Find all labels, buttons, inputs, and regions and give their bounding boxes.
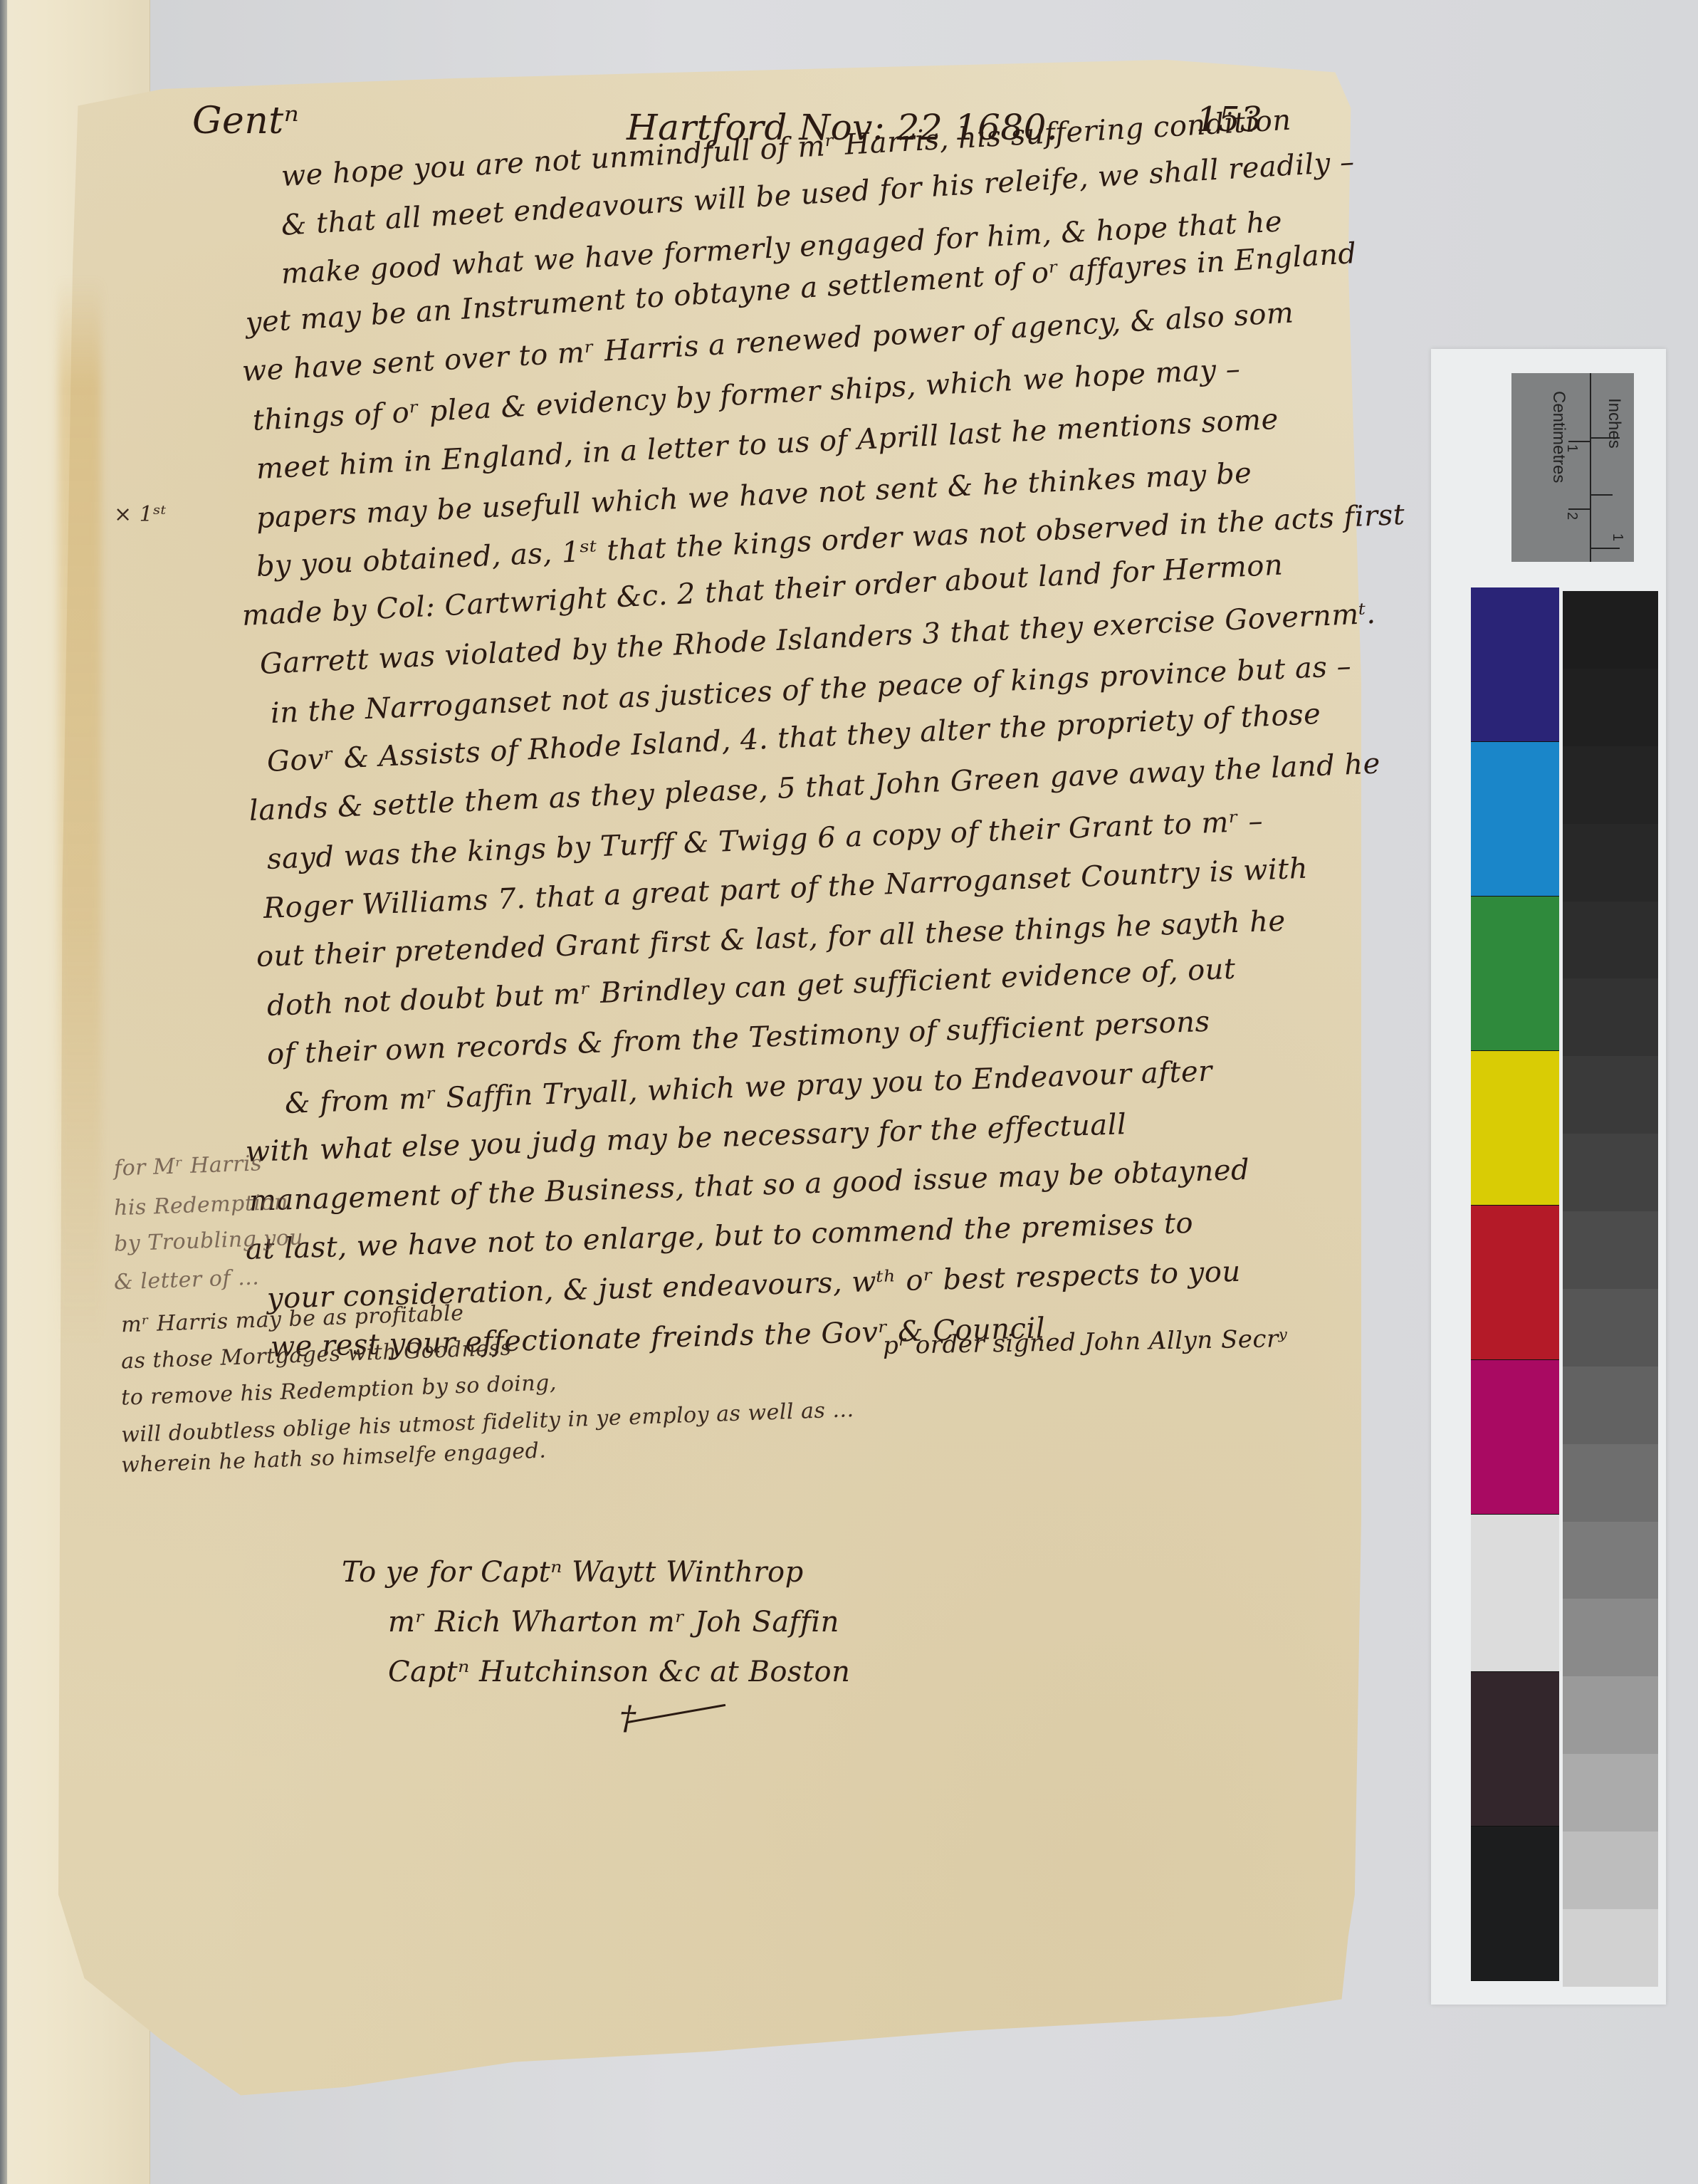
salutation: Gentⁿ: [192, 100, 299, 142]
swatch-blue: [1471, 587, 1559, 742]
greyscale-step: [1563, 1056, 1658, 1134]
cm-label-2: 2: [1563, 512, 1580, 520]
swatch-black: [1471, 1827, 1559, 1981]
greyscale-step: [1563, 1909, 1658, 1987]
greyscale-step: [1563, 902, 1658, 979]
greyscale-step: [1563, 591, 1658, 669]
swatch-red: [1471, 1206, 1559, 1360]
greyscale-step: [1563, 1599, 1658, 1676]
margin-note-marker: × 1ˢᵗ: [114, 502, 167, 527]
address-line-3: Captⁿ Hutchinson &c at Boston: [388, 1656, 850, 1688]
inches-label: Inches: [1604, 398, 1624, 449]
greyscale-step: [1563, 1289, 1658, 1367]
cm-label-1: 1: [1563, 444, 1580, 452]
greyscale-strip: [1563, 591, 1658, 1987]
greyscale-step: [1563, 1754, 1658, 1832]
greyscale-step: [1563, 1832, 1658, 1909]
water-stain: [58, 278, 101, 1346]
greyscale-step: [1563, 746, 1658, 824]
greyscale-step: [1563, 978, 1658, 1056]
swatch-yellow: [1471, 1051, 1559, 1206]
swatch-green: [1471, 897, 1559, 1051]
greyscale-step: [1563, 824, 1658, 902]
greyscale-step: [1563, 1134, 1658, 1211]
swatch-magenta: [1471, 1360, 1559, 1515]
greyscale-step: [1563, 1676, 1658, 1754]
flourish-mark: †: [619, 1698, 636, 1737]
swatch-dark-brown: [1471, 1672, 1559, 1827]
margin-note: & letter of ...: [113, 1265, 259, 1295]
binding-shadow: [0, 0, 7, 2184]
inch-tick: [1591, 548, 1620, 549]
greyscale-step: [1563, 669, 1658, 746]
ruler-baseline: [1590, 373, 1591, 562]
greyscale-step: [1563, 1444, 1658, 1522]
swatch-cyan: [1471, 742, 1559, 897]
greyscale-step: [1563, 1522, 1658, 1599]
greyscale-step: [1563, 1211, 1658, 1289]
greyscale-step: [1563, 1367, 1658, 1444]
address-line-1: To ye for Captⁿ Waytt Winthrop: [342, 1556, 804, 1589]
cm-tick: [1568, 508, 1590, 510]
scale-ruler: Inches Centimetres 1 2 1: [1510, 372, 1635, 563]
inch-tick: [1591, 494, 1613, 496]
swatch-white: [1471, 1515, 1559, 1672]
colour-swatches: [1471, 587, 1559, 1981]
centimetres-label: Centimetres: [1548, 391, 1568, 483]
cm-tick: [1568, 441, 1590, 442]
inch-label-1: 1: [1609, 533, 1625, 541]
margin-note: for Mʳ Harris: [113, 1151, 262, 1181]
address-line-2: mʳ Rich Wharton mʳ Joh Saffin: [388, 1606, 839, 1639]
